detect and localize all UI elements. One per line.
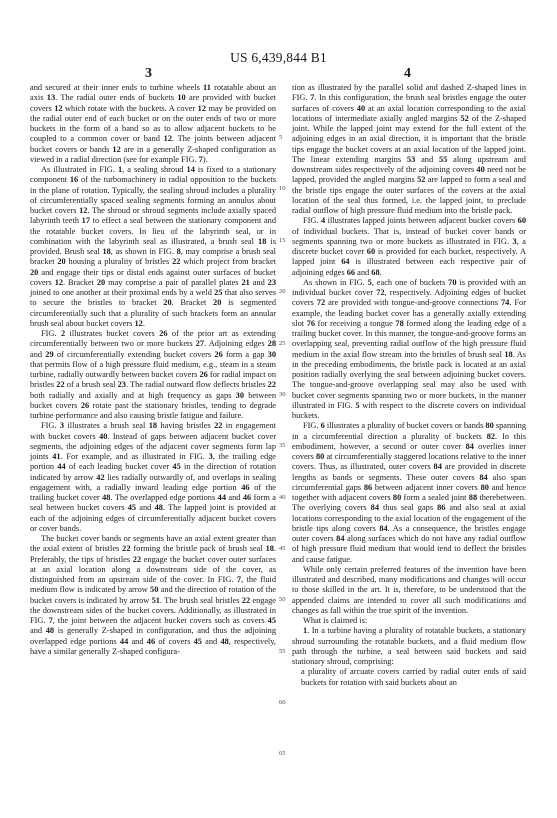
claim-1: 1. In a turbine having a plurality of ro… [292, 626, 526, 667]
line-number: 30 [279, 391, 286, 398]
right-text-column: tion as illustrated by the parallel soli… [292, 83, 526, 688]
paragraph: The bucket cover bands or segments have … [30, 534, 276, 657]
claim-1-element: a plurality of arcuate covers carried by… [292, 667, 526, 688]
line-number: 65 [279, 750, 286, 757]
claims-intro: What is claimed is: [292, 616, 526, 626]
line-number: 45 [279, 545, 286, 552]
line-number: 25 [279, 340, 286, 347]
line-number: 5 [279, 134, 282, 141]
line-number: 35 [279, 442, 286, 449]
paragraph: FIG. 3 illustrates a brush seal 18 havin… [30, 421, 276, 534]
line-number: 55 [279, 648, 286, 655]
left-text-column: and secured at their inner ends to turbi… [30, 83, 276, 657]
line-number: 20 [279, 288, 286, 295]
line-number: 10 [279, 185, 286, 192]
line-number: 50 [279, 596, 286, 603]
paragraph: As shown in FIG. 5, each one of buckets … [292, 278, 526, 422]
line-number: 60 [279, 699, 286, 706]
line-number: 40 [279, 494, 286, 501]
column-number-right: 4 [404, 66, 411, 82]
column-number-left: 3 [145, 66, 152, 82]
paragraph: FIG. 4 illustrates lapped joints between… [292, 216, 526, 278]
line-number: 15 [279, 237, 286, 244]
paragraph: FIG. 2 illustrates bucket covers 26 of t… [30, 329, 276, 421]
paragraph: tion as illustrated by the parallel soli… [292, 83, 526, 216]
paragraph: and secured at their inner ends to turbi… [30, 83, 276, 165]
patent-number-header: US 6,439,844 B1 [0, 50, 557, 66]
paragraph: As illustrated in FIG. 1, a sealing shro… [30, 165, 276, 329]
paragraph: While only certain preferred features of… [292, 565, 526, 616]
paragraph: FIG. 6 illustrates a plurality of bucket… [292, 421, 526, 565]
